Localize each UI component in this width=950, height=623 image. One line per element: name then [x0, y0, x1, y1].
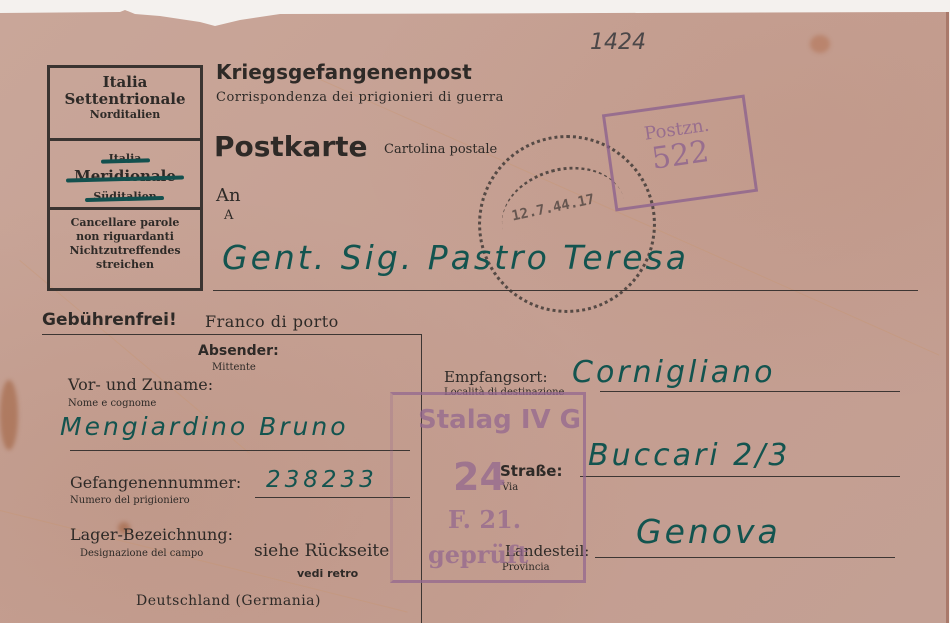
camp-label-de: Lager-Bezeichnung: [70, 525, 233, 544]
postage-it: Franco di porto [205, 312, 339, 331]
stalag-name: Stalag IV G [418, 405, 581, 435]
camp-label-it: Designazione del campo [80, 548, 203, 559]
place-line [600, 391, 900, 392]
prisoner-number: 238233 [266, 467, 378, 493]
recipient-line [213, 290, 918, 291]
instruction-line: Cancellare parole [50, 216, 200, 230]
camp-value-de: siehe Rückseite [254, 541, 389, 561]
recipient-label-it: A [224, 208, 233, 223]
paper-stain [810, 35, 830, 53]
instruction-line: non riguardanti [50, 230, 200, 244]
postage-de: Gebührenfrei! [42, 310, 177, 330]
destination-place: Cornigliano [572, 355, 775, 390]
name-label-de: Vor- und Zuname: [68, 375, 213, 394]
sender-name: Mengiardino Bruno [60, 412, 349, 441]
province-line [595, 557, 895, 558]
postmark-date: 12.7.44.17 [510, 191, 596, 224]
censor-stamp: Postzn. 522 [602, 94, 758, 211]
sender-box-top [42, 334, 422, 335]
destination-province: Genova [636, 512, 781, 551]
sender-name-line [70, 450, 410, 451]
destination-street: Buccari 2/3 [588, 438, 790, 473]
stalag-code: F. 21. [448, 505, 521, 534]
sender-heading-de: Absender: [198, 343, 279, 359]
region-crossed-out: Italia Meridionale Süditalien [50, 141, 200, 210]
name-label-it: Nome e cognome [68, 398, 156, 409]
title-it: Corrispondenza dei prigionieri di guerra [216, 90, 504, 105]
number-label-de: Gefangenennummer: [70, 473, 241, 492]
sender-heading-it: Mittente [212, 362, 256, 373]
region-line-struck: Italia [109, 152, 142, 166]
recipient-name: Gent. Sig. Pastro Teresa [222, 238, 689, 277]
paper-stain [0, 380, 18, 450]
region-line: Norditalien [50, 108, 200, 122]
instruction-line: streichen [50, 258, 200, 272]
instruction-line: Nichtzutreffendes [50, 244, 200, 258]
recipient-label-de: An [216, 185, 241, 206]
region-line: Italia [50, 74, 200, 91]
number-line [255, 497, 410, 498]
archive-note: 1424 [590, 30, 646, 55]
stalag-checked: geprüft [428, 540, 528, 569]
region-line-struck: Meridionale [74, 168, 176, 185]
region-instruction: Cancellare parole non riguardanti Nichtz… [50, 210, 200, 288]
stalag-censor-stamp: Stalag IV G 24 F. 21. geprüft [390, 392, 586, 583]
street-line [580, 476, 900, 477]
region-box: Italia Settentrionale Norditalien Italia… [47, 65, 203, 291]
sender-country: Deutschland (Germania) [136, 593, 321, 609]
region-line: Settentrionale [50, 91, 200, 108]
camp-value-it: vedi retro [297, 567, 358, 580]
region-active: Italia Settentrionale Norditalien [50, 68, 200, 141]
title-de: Kriegsgefangenenpost [216, 60, 472, 84]
card-type-it: Cartolina postale [384, 142, 497, 157]
stalag-number: 24 [453, 455, 506, 499]
place-label-de: Empfangsort: [444, 368, 548, 386]
card-type-de: Postkarte [214, 130, 368, 163]
number-label-it: Numero del prigioniero [70, 495, 190, 506]
region-line-struck: Süditalien [93, 190, 156, 204]
postcard: 1424 Italia Settentrionale Norditalien I… [0, 10, 949, 623]
